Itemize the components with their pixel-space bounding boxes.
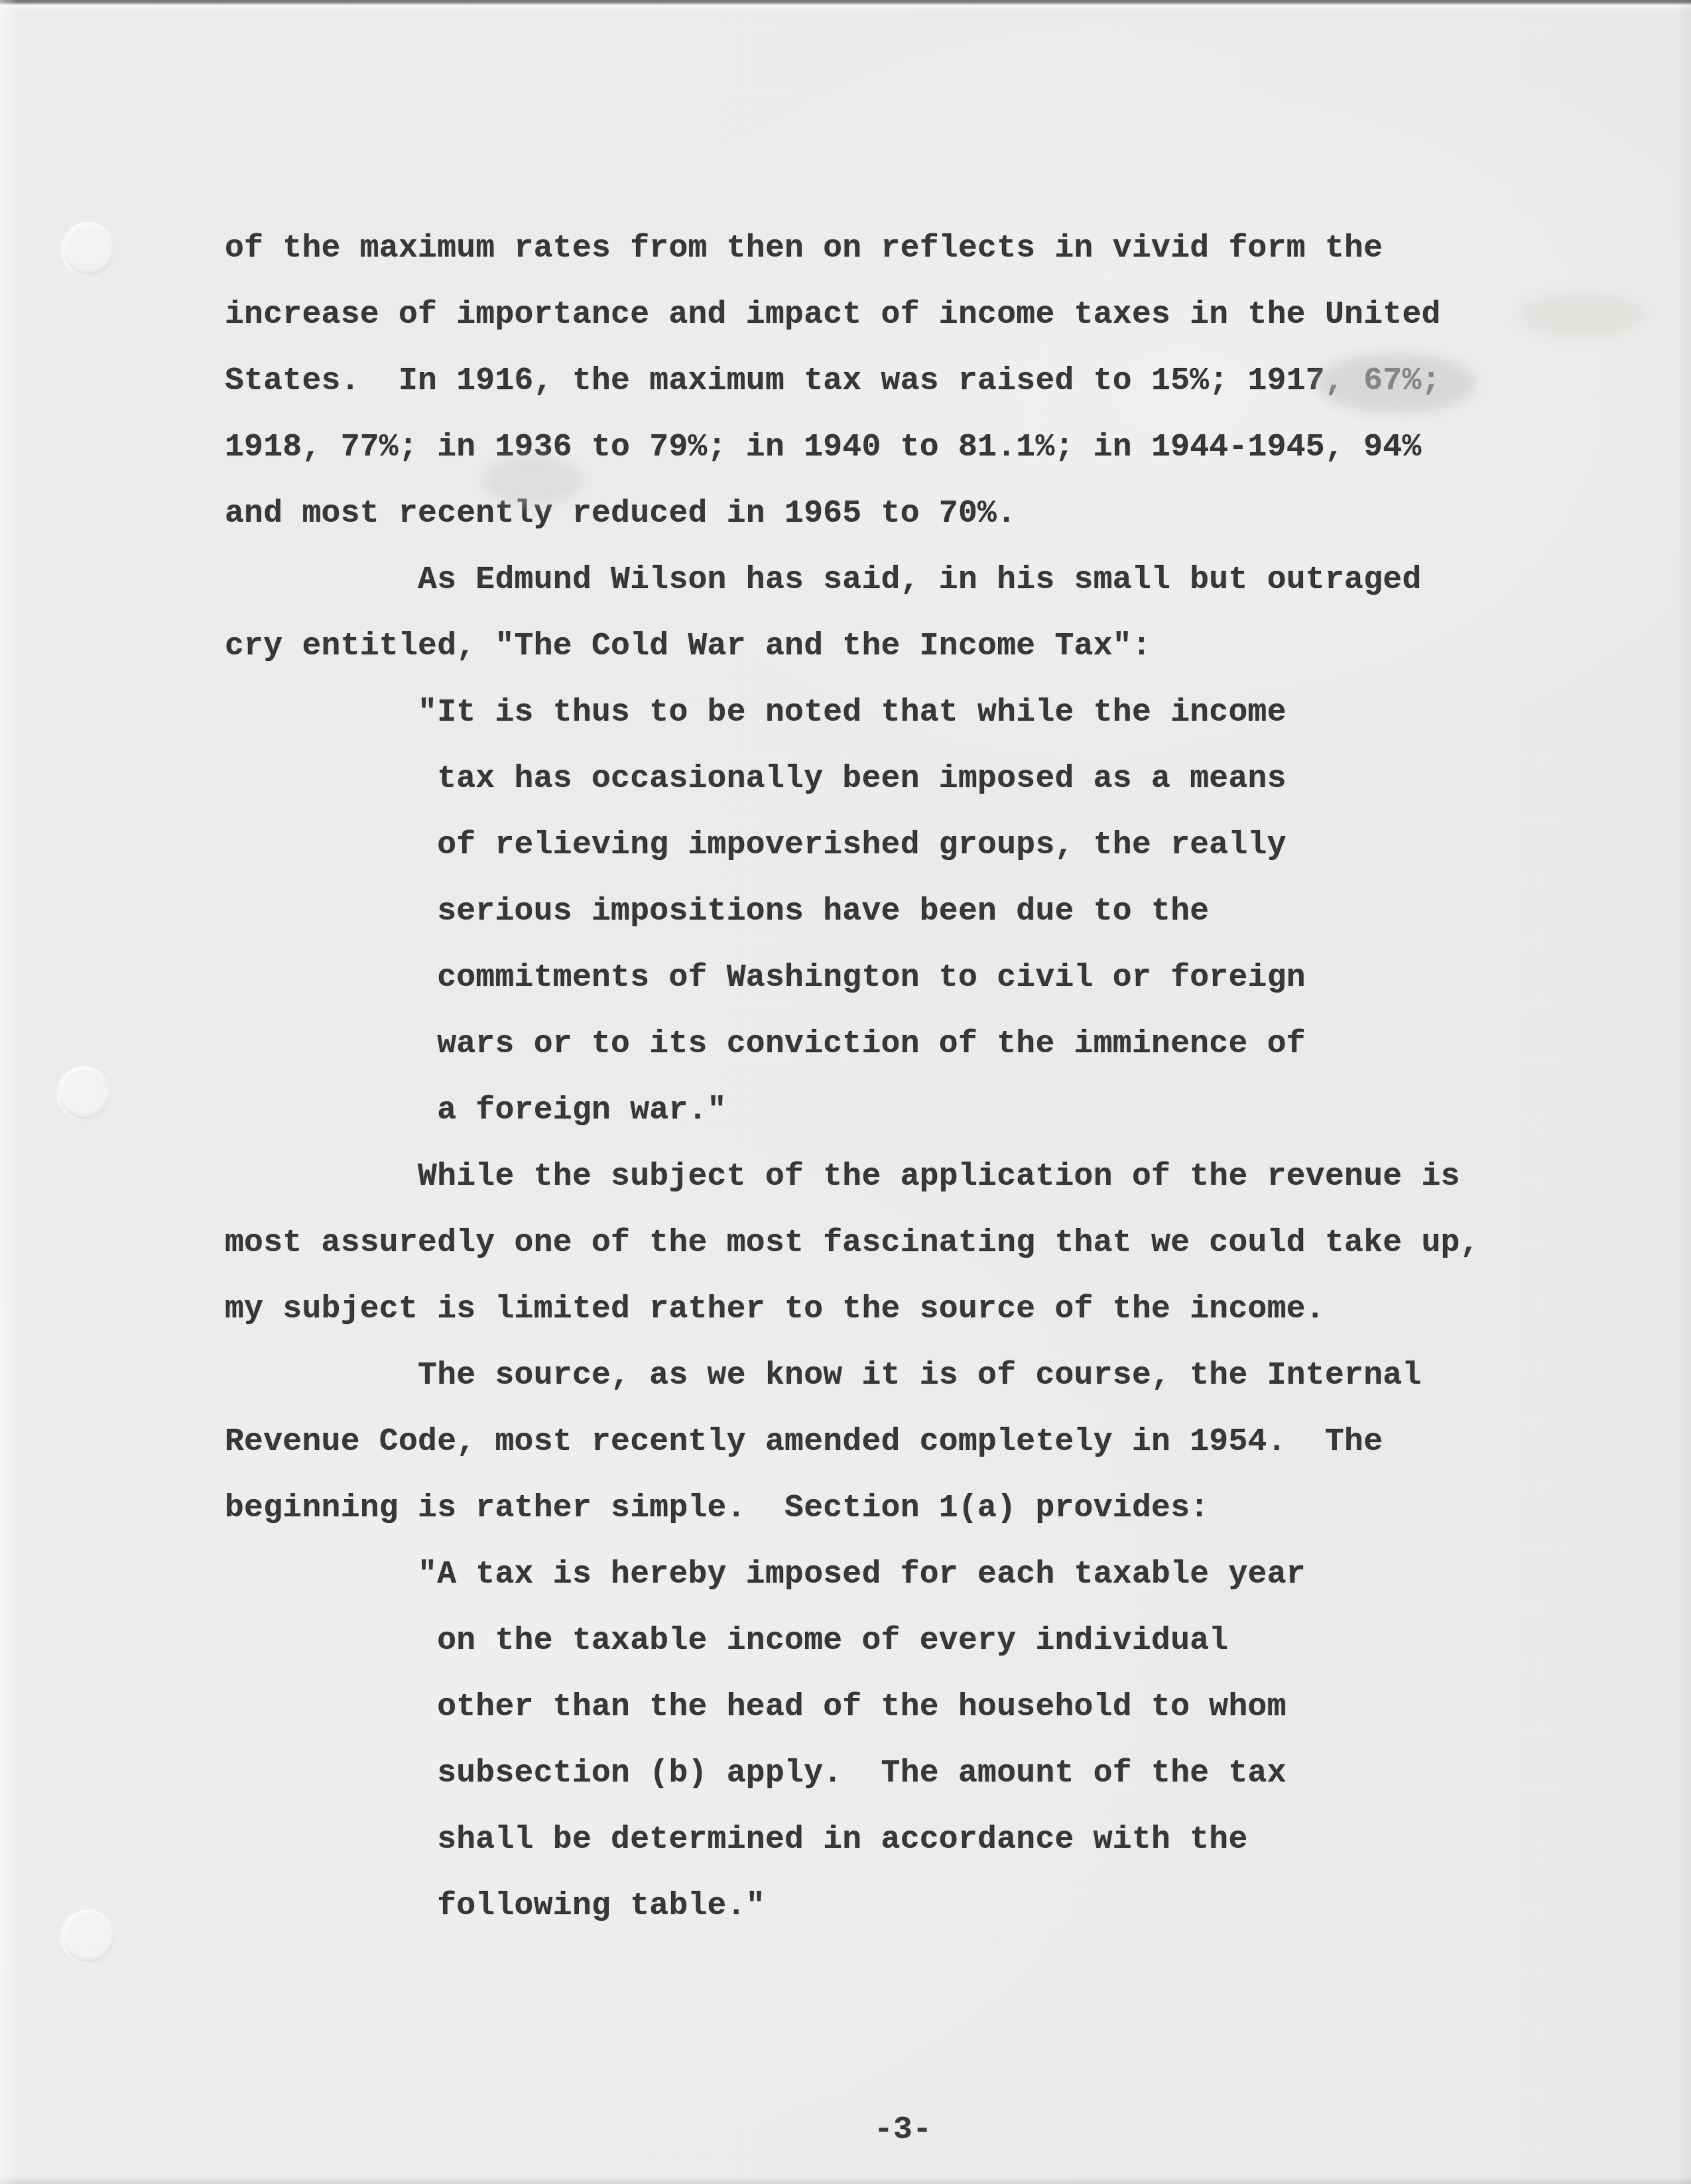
document-page: of the maximum rates from then on reflec… [0,0,1691,2184]
text-line: on the taxable income of every individua… [225,1608,1479,1674]
paper-edge-highlight [0,0,17,2184]
text-line: shall be determined in accordance with t… [225,1807,1479,1873]
text-line: 1918, 77%; in 1936 to 79%; in 1940 to 81… [225,414,1479,481]
text-line: cry entitled, "The Cold War and the Inco… [225,613,1479,680]
scan-edge-bottom [0,2176,1691,2184]
scan-edge-right [1676,0,1691,2184]
text-line: tax has occasionally been imposed as a m… [225,746,1479,812]
text-line: my subject is limited rather to the sour… [225,1276,1479,1343]
text-line: serious impositions have been due to the [225,879,1479,945]
text-line: States. In 1916, the maximum tax was rai… [225,348,1479,414]
text-line: of the maximum rates from then on reflec… [225,215,1479,282]
hole-punch-middle [58,1066,110,1119]
text-line: commitments of Washington to civil or fo… [225,945,1479,1011]
page-number: -3- [874,2112,932,2148]
scan-edge-top [0,0,1691,11]
text-line: wars or to its conviction of the imminen… [225,1011,1479,1077]
text-line: of relieving impoverished groups, the re… [225,812,1479,879]
text-line: As Edmund Wilson has said, in his small … [225,547,1479,613]
text-line: and most recently reduced in 1965 to 70%… [225,481,1479,547]
hole-punch-bottom [62,1910,114,1963]
text-line: subsection (b) apply. The amount of the … [225,1740,1479,1807]
text-line: a foreign war." [225,1077,1479,1144]
text-line: other than the head of the household to … [225,1674,1479,1740]
erasure-smudge [1519,292,1645,338]
hole-punch-top [62,222,114,275]
text-line: increase of importance and impact of inc… [225,282,1479,348]
text-line: "It is thus to be noted that while the i… [225,680,1479,746]
text-line: beginning is rather simple. Section 1(a)… [225,1475,1479,1542]
text-line: Revenue Code, most recently amended comp… [225,1409,1479,1475]
text-line: most assuredly one of the most fascinati… [225,1210,1479,1276]
text-line: "A tax is hereby imposed for each taxabl… [225,1542,1479,1608]
text-line: The source, as we know it is of course, … [225,1343,1479,1409]
text-line: While the subject of the application of … [225,1144,1479,1210]
text-line: following table." [225,1873,1479,1939]
typed-text-body: of the maximum rates from then on reflec… [225,215,1479,1939]
